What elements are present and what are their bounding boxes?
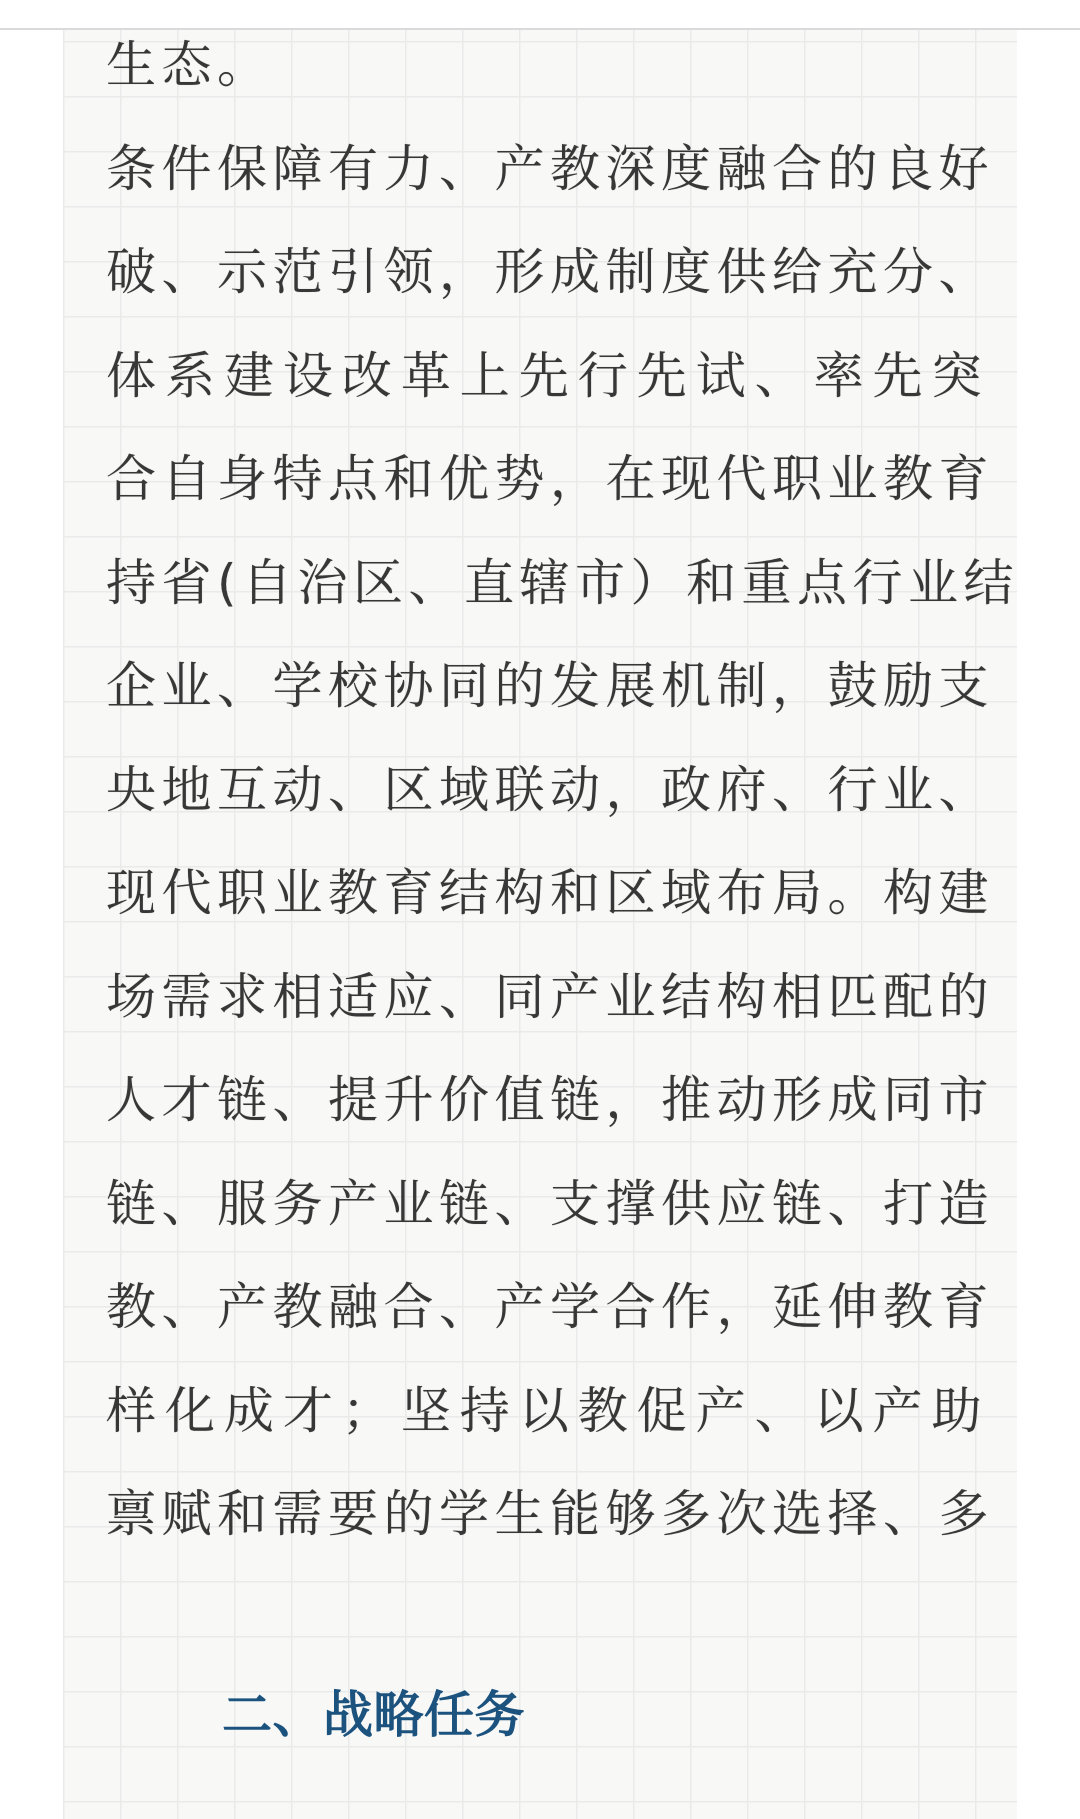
text-line: 体系建设改革上先行先试、率先突 <box>106 325 987 429</box>
text-line: 场需求相适应、同产业结构相匹配的 <box>106 946 987 1050</box>
text-line: 样化成才；坚持以教促产、以产助 <box>106 1360 987 1464</box>
text-line: 合自身特点和优势，在现代职业教育 <box>106 428 987 532</box>
document-text-block: 生态。条件保障有力、产教深度融合的良好破、示范引领，形成制度供给充分、体系建设改… <box>106 14 987 1567</box>
text-line: 持省(自治区、直辖市）和重点行业结 <box>106 532 987 636</box>
text-line: 教、产教融合、产学合作，延伸教育 <box>106 1256 987 1360</box>
page-left-margin <box>0 30 63 1819</box>
section-heading: 二、战略任务 <box>222 1663 525 1767</box>
text-line: 现代职业教育结构和区域布局。构建 <box>106 842 987 946</box>
text-line: 破、示范引领，形成制度供给充分、 <box>106 221 987 325</box>
text-line: 企业、学校协同的发展机制，鼓励支 <box>106 635 987 739</box>
text-line: 人才链、提升价值链，推动形成同市 <box>106 1049 987 1153</box>
text-line: 链、服务产业链、支撑供应链、打造 <box>106 1153 987 1257</box>
text-line: 央地互动、区域联动，政府、行业、 <box>106 739 987 843</box>
page-right-margin <box>1017 30 1080 1819</box>
text-line: 条件保障有力、产教深度融合的良好 <box>106 118 987 222</box>
text-line: 禀赋和需要的学生能够多次选择、多 <box>106 1463 987 1567</box>
top-bar <box>0 0 1080 30</box>
